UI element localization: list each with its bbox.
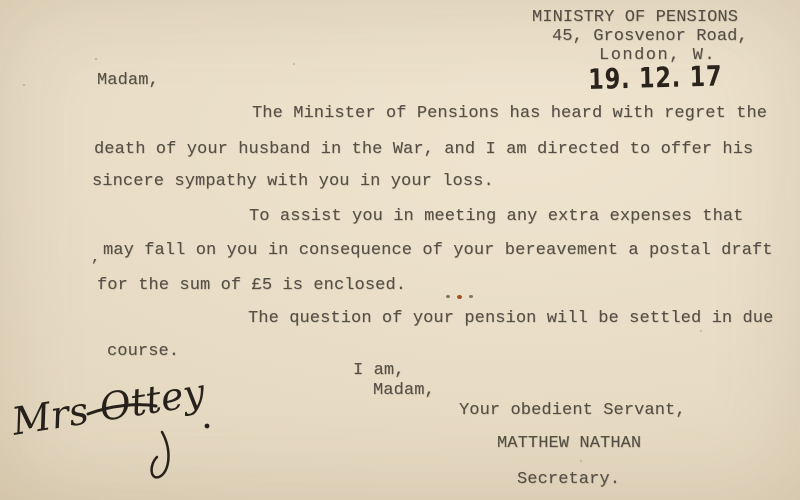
ink-dot-orange xyxy=(457,295,462,299)
ink-dot xyxy=(446,295,450,298)
paper-speck xyxy=(293,63,295,65)
closing-line-i-am: I am, xyxy=(353,362,405,379)
paper-speck xyxy=(580,460,582,462)
closing-line-obedient-servant: Your obedient Servant, xyxy=(459,402,686,419)
body-line: The question of your pension will be set… xyxy=(248,310,773,327)
body-line: The Minister of Pensions has heard with … xyxy=(252,105,767,122)
paper-speck xyxy=(700,330,702,332)
body-line: To assist you in meeting any extra expen… xyxy=(249,208,743,225)
paper-speck xyxy=(23,84,25,86)
paper-speck xyxy=(95,58,97,60)
ink-dot xyxy=(469,295,473,298)
signature-strokes: Mrs Ottey xyxy=(0,372,240,492)
stray-ink-mark: ’ xyxy=(90,259,99,274)
signature-ink-dot xyxy=(205,424,210,429)
body-line: sincere sympathy with you in your loss. xyxy=(92,173,494,190)
body-line: course. xyxy=(107,343,179,360)
handwritten-date: 19. 12. 17 xyxy=(588,59,723,96)
letter-document: MINISTRY OF PENSIONS 45, Grosvenor Road,… xyxy=(0,0,800,500)
closing-line-madam: Madam, xyxy=(373,382,435,399)
salutation: Madam, xyxy=(97,72,159,89)
handwritten-signature: Mrs Ottey xyxy=(0,372,240,492)
body-line: may fall on you in consequence of your b… xyxy=(103,242,773,259)
letterhead-address-line1: 45, Grosvenor Road, xyxy=(552,28,748,45)
closing-signatory-title: Secretary. xyxy=(517,471,620,488)
letterhead-organization: MINISTRY OF PENSIONS xyxy=(532,9,738,26)
signature-descender-stroke xyxy=(152,432,169,477)
body-line: death of your husband in the War, and I … xyxy=(94,141,753,158)
closing-signatory-name: MATTHEW NATHAN xyxy=(497,435,641,452)
body-line: for the sum of £5 is enclosed. xyxy=(97,277,406,294)
